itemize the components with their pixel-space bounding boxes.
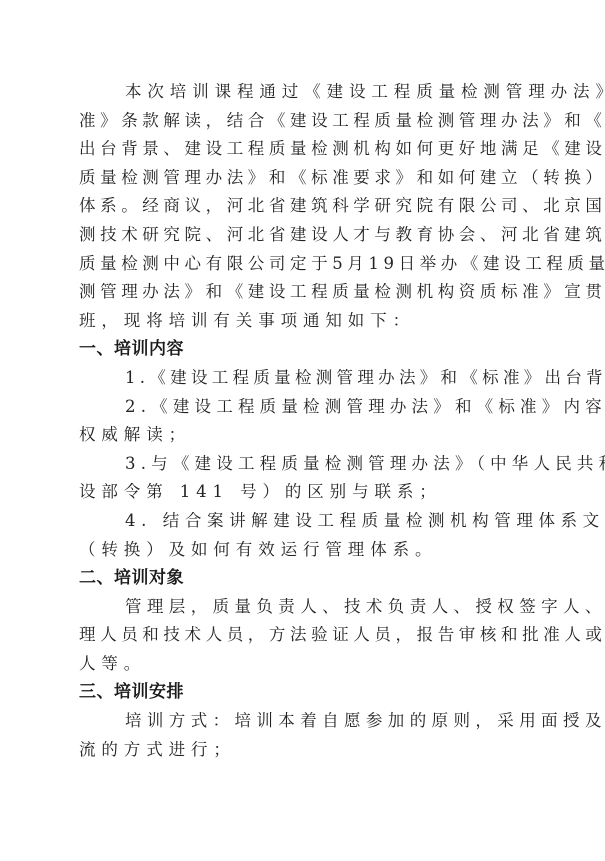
section-training-arrangement: 三、培训安排 培训方式：培训本着自愿参加的原则，采用面授及课上交 流的方式进行； — [79, 678, 516, 764]
paragraph-line: 测管理办法》和《建设工程质量检测机构资质标准》宣贯培训 — [79, 278, 516, 307]
paragraph-line: 本次培训课程通过《建设工程质量检测管理办法》和《标 — [79, 78, 516, 107]
section-heading: 三、培训安排 — [79, 678, 516, 707]
paragraph-line: 理人员和技术人员，方法验证人员，报告审核和批准人或签发 — [79, 621, 516, 650]
list-item-line: 权威解读； — [79, 421, 516, 450]
paragraph-line: 培训方式：培训本着自愿参加的原则，采用面授及课上交 — [79, 707, 516, 736]
list-item-line: 2.《建设工程质量检测管理办法》和《标准》内容与要求 — [79, 393, 516, 422]
list-item-line: 4. 结合案讲解建设工程质量检测机构管理体系文件建立 — [79, 507, 516, 536]
paragraph-line: 人等。 — [79, 650, 516, 679]
paragraph-line: 管理层，质量负责人、技术负责人、授权签字人、相关管 — [79, 593, 516, 622]
list-item-line: （转换）及如何有效运行管理体系。 — [79, 536, 516, 565]
section-training-content: 一、培训内容 1.《建设工程质量检测管理办法》和《标准》出台背景； 2.《建设工… — [79, 335, 516, 564]
section-heading: 二、培训对象 — [79, 564, 516, 593]
paragraph-line: 质量检测管理办法》和《标准要求》和如何建立（转换）管理 — [79, 164, 516, 193]
list-item-line: 1.《建设工程质量检测管理办法》和《标准》出台背景； — [79, 364, 516, 393]
intro-paragraph: 本次培训课程通过《建设工程质量检测管理办法》和《标 准》条款解读，结合《建设工程… — [79, 78, 516, 335]
paragraph-line: 流的方式进行； — [79, 736, 516, 765]
list-item-line: 3.与《建设工程质量检测管理办法》（中华人民共和国建 — [79, 450, 516, 479]
list-item-line: 设部令第 141 号）的区别与联系； — [79, 478, 516, 507]
paragraph-line: 测技术研究院、河北省建设人才与教育协会、河北省建筑工程 — [79, 221, 516, 250]
section-training-audience: 二、培训对象 管理层，质量负责人、技术负责人、授权签字人、相关管 理人员和技术人… — [79, 564, 516, 678]
paragraph-line: 出台背景、建设工程质量检测机构如何更好地满足《建设工程 — [79, 135, 516, 164]
section-heading: 一、培训内容 — [79, 335, 516, 364]
paragraph-line: 班，现将培训有关事项通知如下： — [79, 307, 516, 336]
paragraph-line: 质量检测中心有限公司定于5月19日举办《建设工程质量检 — [79, 250, 516, 279]
document-body: 本次培训课程通过《建设工程质量检测管理办法》和《标 准》条款解读，结合《建设工程… — [79, 78, 516, 764]
document-page: 本次培训课程通过《建设工程质量检测管理办法》和《标 准》条款解读，结合《建设工程… — [0, 0, 605, 861]
paragraph-line: 体系。经商议，河北省建筑科学研究院有限公司、北京国实检 — [79, 192, 516, 221]
paragraph-line: 准》条款解读，结合《建设工程质量检测管理办法》和《标准》 — [79, 107, 516, 136]
